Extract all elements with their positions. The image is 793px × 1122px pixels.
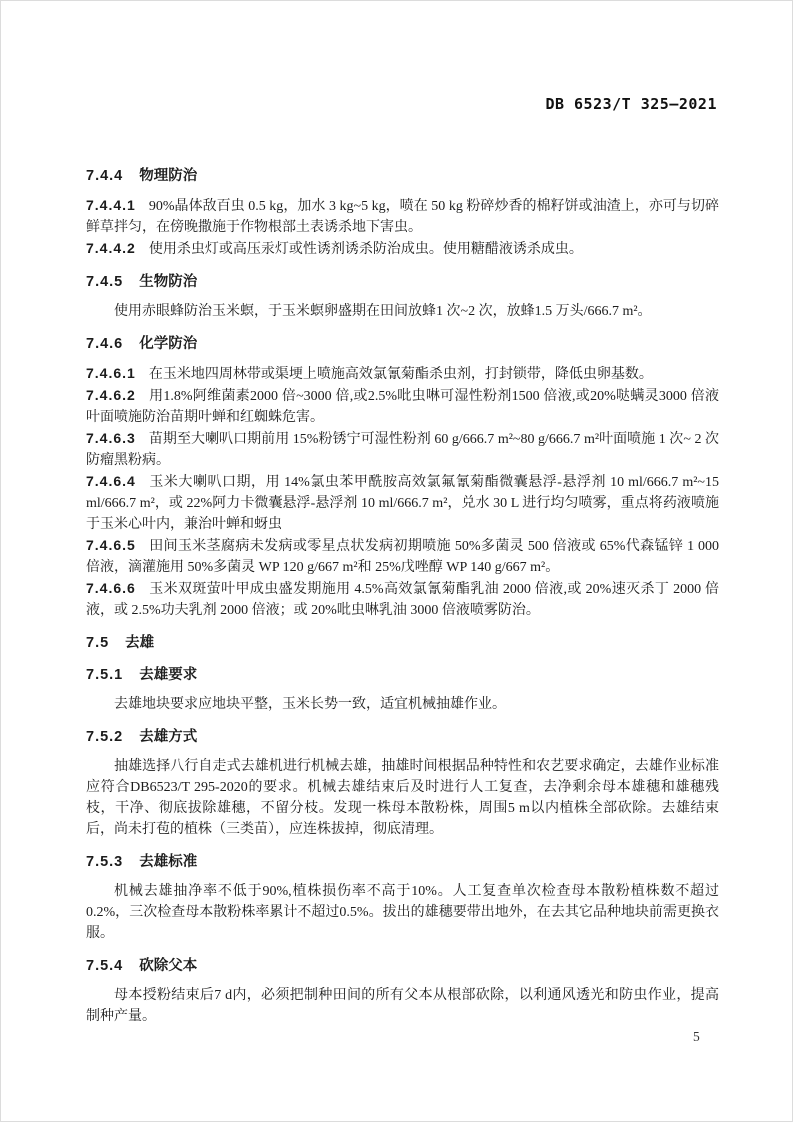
section-title: 物理防治 <box>139 168 197 184</box>
section-title: 去雄 <box>125 635 154 651</box>
clause-number: 7.4.6.4 <box>86 471 136 492</box>
clause-text: 苗期至大喇叭口期前用 15%粉锈宁可湿性粉剂 60 g/666.7 m²~80 … <box>86 432 719 468</box>
section-heading: 7.4.5生物防治 <box>86 272 719 292</box>
section-number: 7.5.4 <box>86 956 123 976</box>
clause: 7.4.6.6玉米双斑萤叶甲成虫盛发期施用 4.5%高效氯氰菊酯乳油 2000 … <box>86 578 719 621</box>
section-heading: 7.4.4物理防治 <box>86 166 719 186</box>
clause: 7.4.6.2用1.8%阿维菌素2000 倍~3000 倍,或2.5%吡虫啉可湿… <box>86 385 719 428</box>
clause-number: 7.4.6.5 <box>86 535 136 556</box>
clause-text: 田间玉米茎腐病未发病或零星点状发病初期喷施 50%多菌灵 500 倍液或 65%… <box>86 539 719 575</box>
page-number: 5 <box>693 1029 700 1045</box>
body-paragraph: 抽雄选择八行自走式去雄机进行机械去雄，抽雄时间根据品种特性和农艺要求确定，去雄作… <box>86 756 719 840</box>
section-heading: 7.5.1去雄要求 <box>86 665 719 685</box>
clause: 7.4.6.4玉米大喇叭口期，用 14%氯虫苯甲酰胺高效氯氟氰菊酯微囊悬浮-悬浮… <box>86 471 719 535</box>
section-title: 砍除父本 <box>139 958 197 974</box>
clause: 7.4.4.190%晶体敌百虫 0.5 kg，加水 3 kg~5 kg，喷在 5… <box>86 195 719 238</box>
section-heading: 7.4.6化学防治 <box>86 334 719 354</box>
body-paragraph: 母本授粉结束后7 d内，必须把制种田间的所有父本从根部砍除，以利通风透光和防虫作… <box>86 985 719 1027</box>
clause: 7.4.6.5田间玉米茎腐病未发病或零星点状发病初期喷施 50%多菌灵 500 … <box>86 535 719 578</box>
clause: 7.4.4.2使用杀虫灯或高压汞灯或性诱剂诱杀防治成虫。使用糖醋液诱杀成虫。 <box>86 238 719 260</box>
body-paragraph: 机械去雄抽净率不低于90%,植株损伤率不高于10%。人工复查单次检查母本散粉植株… <box>86 881 719 944</box>
document-page: DB 6523/T 325—2021 7.4.4物理防治 7.4.4.190%晶… <box>0 0 793 1122</box>
section-title: 去雄方式 <box>139 729 197 745</box>
document-body: 7.4.4物理防治 7.4.4.190%晶体敌百虫 0.5 kg，加水 3 kg… <box>86 166 719 1027</box>
clause: 7.4.6.3苗期至大喇叭口期前用 15%粉锈宁可湿性粉剂 60 g/666.7… <box>86 428 719 471</box>
clause-number: 7.4.6.1 <box>86 363 136 384</box>
section-number: 7.5.2 <box>86 727 123 747</box>
clause-text: 90%晶体敌百虫 0.5 kg，加水 3 kg~5 kg，喷在 50 kg 粉碎… <box>86 199 719 235</box>
clause-number: 7.4.4.1 <box>86 195 136 216</box>
section-title: 生物防治 <box>139 274 197 290</box>
clause: 7.4.6.1在玉米地四周林带或渠埂上喷施高效氯氰菊酯杀虫剂，打封锁带，降低虫卵… <box>86 363 719 385</box>
section-heading: 7.5.2去雄方式 <box>86 727 719 747</box>
section-number: 7.5.1 <box>86 665 123 685</box>
section-heading: 7.5去雄 <box>86 633 719 653</box>
body-paragraph: 去雄地块要求应地块平整，玉米长势一致，适宜机械抽雄作业。 <box>86 694 719 715</box>
clause-text: 在玉米地四周林带或渠埂上喷施高效氯氰菊酯杀虫剂，打封锁带，降低虫卵基数。 <box>149 367 653 382</box>
section-number: 7.4.4 <box>86 166 123 186</box>
clause-number: 7.4.6.6 <box>86 578 136 599</box>
section-number: 7.5.3 <box>86 852 123 872</box>
section-number: 7.5 <box>86 633 109 653</box>
clause-text: 玉米大喇叭口期，用 14%氯虫苯甲酰胺高效氯氟氰菊酯微囊悬浮-悬浮剂 10 ml… <box>86 475 719 532</box>
section-title: 化学防治 <box>139 336 197 352</box>
clause-text: 玉米双斑萤叶甲成虫盛发期施用 4.5%高效氯氰菊酯乳油 2000 倍液,或 20… <box>86 582 719 618</box>
section-heading: 7.5.4砍除父本 <box>86 956 719 976</box>
doc-code: DB 6523/T 325—2021 <box>545 95 717 113</box>
section-number: 7.4.6 <box>86 334 123 354</box>
clause-number: 7.4.4.2 <box>86 238 136 259</box>
clause-number: 7.4.6.2 <box>86 385 136 406</box>
section-number: 7.4.5 <box>86 272 123 292</box>
section-heading: 7.5.3去雄标准 <box>86 852 719 872</box>
clause-text: 使用杀虫灯或高压汞灯或性诱剂诱杀防治成虫。使用糖醋液诱杀成虫。 <box>149 242 583 257</box>
section-title: 去雄标准 <box>139 854 197 870</box>
clause-number: 7.4.6.3 <box>86 428 136 449</box>
body-paragraph: 使用赤眼蜂防治玉米螟，于玉米螟卵盛期在田间放蜂1 次~2 次，放蜂1.5 万头/… <box>86 301 719 322</box>
clause-text: 用1.8%阿维菌素2000 倍~3000 倍,或2.5%吡虫啉可湿性粉剂1500… <box>86 389 719 425</box>
section-title: 去雄要求 <box>139 667 197 683</box>
